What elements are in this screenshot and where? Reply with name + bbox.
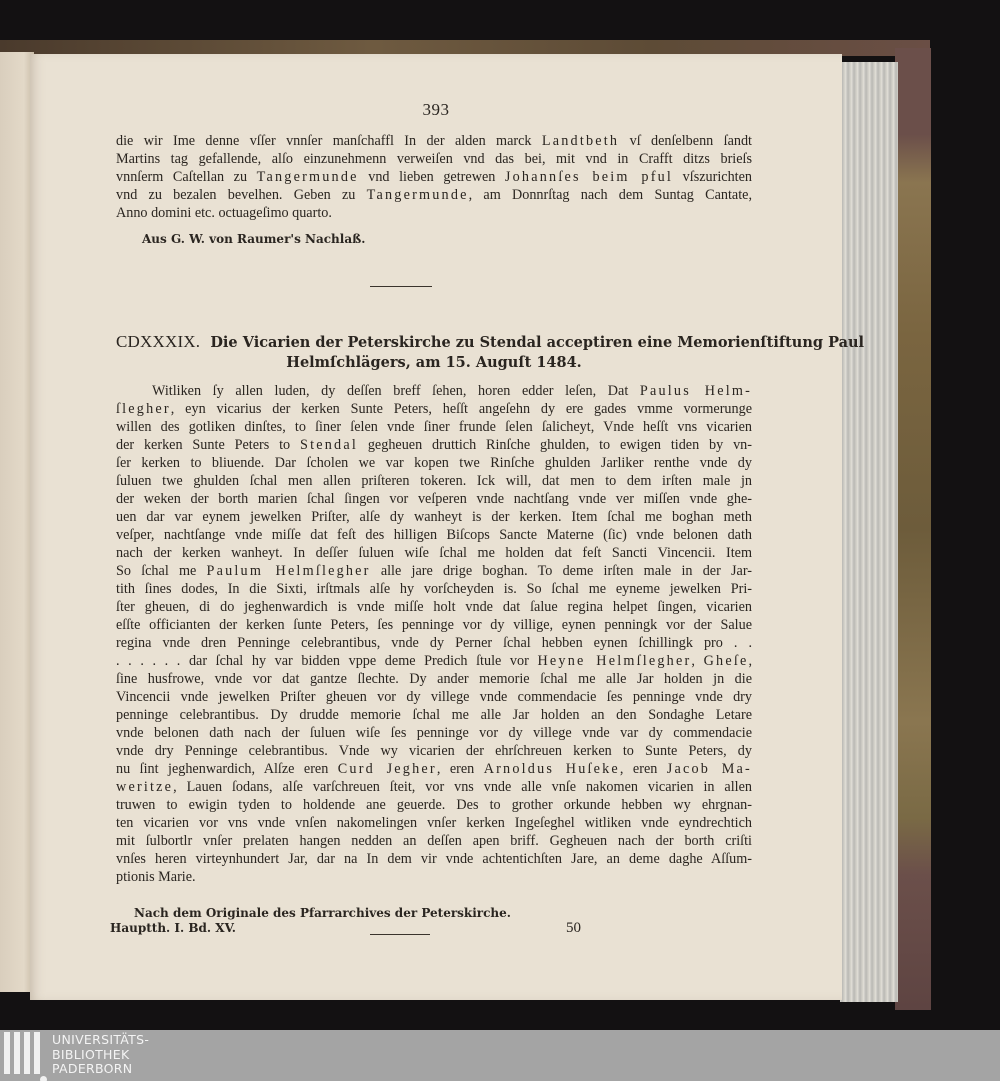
text-segment: gegheuen druttich Rinſche ghulden, to ew…: [358, 437, 752, 453]
text-line: tith ſines dodes, In die Sixti, irſtmals…: [116, 580, 752, 598]
spaced-name: weritze: [116, 779, 173, 795]
scan-background: 393 die wir Ime denne vſſer vnnſer manſc…: [0, 0, 1000, 1030]
text-line: penninge celebrantibus. Dy drudde memori…: [116, 706, 752, 724]
text-segment: ,: [748, 653, 752, 669]
text-line: . . . . . . dar ſchal hy var bidden vppe…: [116, 652, 752, 670]
text-line: vnſes heren virteynhundert Jar, dar na I…: [116, 850, 752, 868]
text-segment: vſszurichten: [673, 169, 752, 185]
footer-rule: [370, 934, 430, 935]
text-segment: vnſes heren virteynhundert Jar, dar na I…: [116, 851, 752, 867]
text-segment: nu ſint jeghenwardich, Alſze eren: [116, 761, 338, 777]
text-line: nu ſint jeghenwardich, Alſze eren Curd J…: [116, 760, 752, 778]
text-segment: . . . . . . dar ſchal hy var bidden vppe…: [116, 653, 537, 669]
text-segment: ,: [691, 653, 703, 669]
text-segment: vnnſerm Caſtellan zu: [116, 169, 257, 185]
text-segment: Martins tag gefallende, alſo einzunehmen…: [116, 151, 752, 167]
text-segment: vnde belonen dath nach der ſuluen wiſe ſ…: [116, 725, 752, 741]
text-segment: ſine husfrowe, vnde vor dat gantze ſlech…: [116, 671, 752, 687]
text-line: der weken der borth marien ſchal ſingen …: [116, 490, 752, 508]
text-line: ſine husfrowe, vnde vor dat gantze ſlech…: [116, 670, 752, 688]
text-segment: So ſchal me: [116, 563, 207, 579]
spaced-name: Tangermunde: [257, 169, 359, 185]
text-segment: vnde dry Penninge celebrantibus. Vnde wy…: [116, 743, 752, 759]
text-line: truwen to ewigin tyden to holdende ane g…: [116, 796, 752, 814]
source-note-archive: Nach dem Originale des Pfarrarchives der…: [134, 906, 511, 920]
text-line: eſſte officianten der kerken ſunte Peter…: [116, 616, 752, 634]
spaced-name: Gheſe: [704, 653, 749, 669]
text-segment: regina vnde dren Penninge celebrantibus,…: [116, 635, 752, 651]
text-segment: penninge celebrantibus. Dy drudde memori…: [116, 707, 752, 723]
text-segment: willen des gotliken dinſtes, to ſiner ſe…: [116, 419, 752, 435]
logo-line-3: PADERBORN: [52, 1062, 149, 1077]
text-segment: tith ſines dodes, In die Sixti, irſtmals…: [116, 581, 752, 597]
library-logo-text: UNIVERSITÄTS- BIBLIOTHEK PADERBORN: [52, 1033, 149, 1077]
text-segment: uen dar var eynem jewelken Priſter, alſe…: [116, 509, 752, 525]
book-page: 393 die wir Ime denne vſſer vnnſer manſc…: [30, 54, 842, 1000]
book-cover-right-edge: [895, 48, 931, 1010]
page-stack-edges: [840, 62, 898, 1002]
text-segment: ſuluen twe ghulden ſchal men allen priſt…: [116, 473, 752, 489]
text-segment: vnd lieben getrewen: [359, 169, 505, 185]
spaced-name: Paulum Helmſlegher: [207, 563, 371, 579]
text-line: vnde dry Penninge celebrantibus. Vnde wy…: [116, 742, 752, 760]
text-line: nach der kerken wanheyt. In deſſer ſulue…: [116, 544, 752, 562]
signature-number: 50: [566, 920, 581, 937]
spaced-name: Curd Jegher: [338, 761, 437, 777]
text-segment: , eren: [437, 761, 484, 777]
text-segment: , Lauen ſodans, alſe varſchreuen ſteit, …: [173, 779, 752, 795]
spaced-name: Arnoldus Huſeke: [484, 761, 620, 777]
text-segment: nach der kerken wanheyt. In deſſer ſulue…: [116, 545, 752, 561]
text-segment: Vincencii vnde jewelken Priſter gheuen v…: [116, 689, 752, 705]
logo-line-2: BIBLIOTHEK: [52, 1048, 149, 1063]
spaced-name: Tangermunde: [367, 187, 469, 203]
text-line: veſper, nachtſange vnde miſſe dat feſt d…: [116, 526, 752, 544]
text-line: weritze, Lauen ſodans, alſe varſchreuen …: [116, 778, 752, 796]
document-number: CDXXXIX.: [116, 332, 200, 351]
section-divider: [370, 286, 432, 287]
document-body: Witliken ſy allen luden, dy deſſen breff…: [116, 382, 752, 886]
text-segment: , eren: [620, 761, 667, 777]
document-title-line2: Helmſchlägers, am 15. Auguſt 1484.: [116, 353, 752, 373]
preceding-document-ending: die wir Ime denne vſſer vnnſer manſchaff…: [116, 132, 752, 222]
library-logo-icon: [4, 1032, 44, 1081]
text-segment: der kerken Sunte Peters to: [116, 437, 300, 453]
text-segment: ſter gheuen, di do jeghenwardich is vnde…: [116, 599, 752, 615]
text-line: Anno domini etc. octuageſimo quarto.: [116, 204, 752, 222]
spaced-name: Heyne Helmſlegher: [537, 653, 691, 669]
document-heading: CDXXXIX. Die Vicarien der Peterskirche z…: [116, 332, 752, 373]
library-banner: UNIVERSITÄTS- BIBLIOTHEK PADERBORN: [0, 1030, 1000, 1081]
document-title: Die Vicarien der Peterskirche zu Stendal…: [210, 334, 864, 351]
text-segment: alle jare drige boghan. To deme irſten m…: [371, 563, 752, 579]
text-line: vnd zu bezalen bevelhen. Geben zu Tanger…: [116, 186, 752, 204]
text-line: willen des gotliken dinſtes, to ſiner ſe…: [116, 418, 752, 436]
text-line: uen dar var eynem jewelken Priſter, alſe…: [116, 508, 752, 526]
text-line: die wir Ime denne vſſer vnnſer manſchaff…: [116, 132, 752, 150]
document-title-line1: CDXXXIX. Die Vicarien der Peterskirche z…: [116, 332, 752, 353]
text-segment: , eyn vicarius der kerken Sunte Peters, …: [171, 401, 752, 417]
text-segment: die wir Ime denne vſſer vnnſer manſchaff…: [116, 133, 542, 149]
text-segment: ſer kerken to bliuende. Dar ſcholen we v…: [116, 455, 752, 471]
text-line: vnde belonen dath nach der ſuluen wiſe ſ…: [116, 724, 752, 742]
volume-reference: Hauptth. I. Bd. XV.: [110, 921, 236, 935]
spaced-name: Paulus Helm-: [640, 383, 752, 399]
spaced-name: Jacob Ma-: [667, 761, 752, 777]
text-segment: ptionis Marie.: [116, 869, 196, 885]
text-line: Vincencii vnde jewelken Priſter gheuen v…: [116, 688, 752, 706]
text-line: Witliken ſy allen luden, dy deſſen breff…: [116, 382, 752, 400]
text-segment: mit ſulbortlr vnſer prelaten hangen nedd…: [116, 833, 752, 849]
text-line: mit ſulbortlr vnſer prelaten hangen nedd…: [116, 832, 752, 850]
logo-line-1: UNIVERSITÄTS-: [52, 1033, 149, 1048]
text-segment: , am Donnrſtag nach dem Suntag Cantate,: [469, 187, 752, 203]
text-segment: vnd zu bezalen bevelhen. Geben zu: [116, 187, 367, 203]
page-number: 393: [30, 100, 842, 120]
text-segment: veſper, nachtſange vnde miſſe dat feſt d…: [116, 527, 752, 543]
text-line: vnnſerm Caſtellan zu Tangermunde vnd lie…: [116, 168, 752, 186]
text-line: ſer kerken to bliuende. Dar ſcholen we v…: [116, 454, 752, 472]
text-line: regina vnde dren Penninge celebrantibus,…: [116, 634, 752, 652]
text-line: So ſchal me Paulum Helmſlegher alle jare…: [116, 562, 752, 580]
text-segment: vſ denſelbenn ſandt: [619, 133, 752, 149]
text-segment: truwen to ewigin tyden to holdende ane g…: [116, 797, 752, 813]
text-segment: Witliken ſy allen luden, dy deſſen breff…: [152, 383, 640, 399]
spaced-name: Landtbeth: [542, 133, 619, 149]
spaced-name: Stendal: [300, 437, 358, 453]
spaced-name: ſlegher: [116, 401, 171, 417]
text-line: ptionis Marie.: [116, 868, 752, 886]
source-note-raumer: Aus G. W. von Raumer's Nachlaß.: [142, 232, 365, 246]
text-line: ſuluen twe ghulden ſchal men allen priſt…: [116, 472, 752, 490]
text-line: ſlegher, eyn vicarius der kerken Sunte P…: [116, 400, 752, 418]
text-segment: Anno domini etc. octuageſimo quarto.: [116, 205, 332, 221]
text-line: der kerken Sunte Peters to Stendal geghe…: [116, 436, 752, 454]
text-segment: der weken der borth marien ſchal ſingen …: [116, 491, 752, 507]
text-line: ſter gheuen, di do jeghenwardich is vnde…: [116, 598, 752, 616]
spaced-name: Johannſes beim pful: [505, 169, 673, 185]
text-line: ten vicarien vor vns vnde vnſen nakomeli…: [116, 814, 752, 832]
text-segment: eſſte officianten der kerken ſunte Peter…: [116, 617, 752, 633]
text-line: Martins tag gefallende, alſo einzunehmen…: [116, 150, 752, 168]
text-segment: ten vicarien vor vns vnde vnſen nakomeli…: [116, 815, 752, 831]
facing-page-edge: [0, 52, 34, 992]
